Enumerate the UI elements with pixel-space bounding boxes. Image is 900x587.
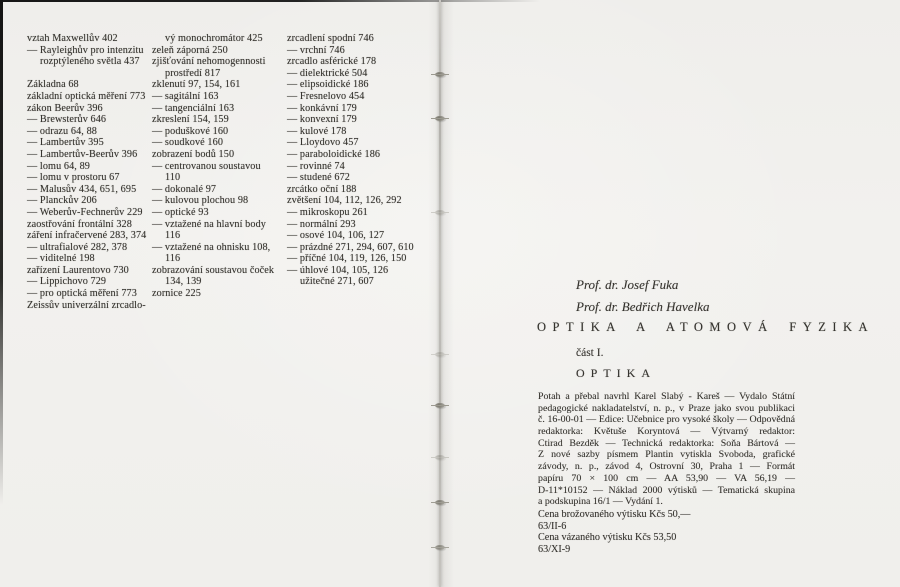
index-entry: Zeissův univerzální zrcadlo- <box>27 300 146 312</box>
subtitle: OPTIKA <box>576 366 656 381</box>
price-line: 63/XI-9 <box>538 544 691 556</box>
index-entry: zrcadlo asférické 178 <box>287 56 414 68</box>
colophon-line: Ctirad Bezděk — Technická redaktorka: So… <box>538 438 795 450</box>
price-line: Cena vázaného výtisku Kčs 53,50 <box>538 532 691 544</box>
index-entry: — Fresnelovo 454 <box>287 91 414 103</box>
author-line-1: Prof. dr. Josef Fuka <box>576 277 678 293</box>
index-entry: zjišťování nehomogennosti <box>152 56 274 68</box>
index-entry: — Lambertův 395 <box>27 137 146 149</box>
index-entry: — pro optická měření 773 <box>27 288 146 300</box>
index-entry: — soudkové 160 <box>152 137 274 149</box>
index-entry: zrcadlení spodní 746 <box>287 33 414 45</box>
index-entry: — sagitální 163 <box>152 91 274 103</box>
index-entry: — tangenciální 163 <box>152 103 274 115</box>
stitch-knot <box>435 545 445 550</box>
index-entry: — vrchní 746 <box>287 45 414 57</box>
index-entry: — mikroskopu 261 <box>287 207 414 219</box>
price-line: 63/II-6 <box>538 521 691 533</box>
index-entry: — prázdné 271, 294, 607, 610 <box>287 242 414 254</box>
colophon-line: redaktorka: Květuše Koryntová — Výtvarný… <box>538 426 795 438</box>
stitch-knot <box>435 116 445 121</box>
index-entry: 116 <box>152 253 274 265</box>
index-entry: — lomu 64, 89 <box>27 161 146 173</box>
index-entry: zeleň záporná 250 <box>152 45 274 57</box>
author-line-2: Prof. dr. Bedřich Havelka <box>576 299 709 315</box>
price-line: Cena brožovaného výtisku Kčs 50,— <box>538 509 691 521</box>
index-entry: zvětšení 104, 112, 126, 292 <box>287 195 414 207</box>
stitch-knot <box>435 455 445 460</box>
index-entry: — poduškové 160 <box>152 126 274 138</box>
index-entry: — lomu v prostoru 67 <box>27 172 146 184</box>
index-entry: vý monochromátor 425 <box>152 33 274 45</box>
stitch-knot <box>435 403 445 408</box>
index-entry: Základna 68 <box>27 79 146 91</box>
index-entry: — rovinné 74 <box>287 161 414 173</box>
index-entry: — odrazu 64, 88 <box>27 126 146 138</box>
index-entry: — dielektrické 504 <box>287 68 414 80</box>
binding-thread <box>439 0 441 587</box>
colophon-line: č. 16-00-01 — Edice: Učebnice pro vysoké… <box>538 414 795 426</box>
index-entry: zobrazování soustavou čoček <box>152 265 274 277</box>
index-entry: — normální 293 <box>287 219 414 231</box>
index-entry: — viditelné 198 <box>27 253 146 265</box>
index-entry: — kulové 178 <box>287 126 414 138</box>
index-entry: — paraboloidické 186 <box>287 149 414 161</box>
index-entry: zkreslení 154, 159 <box>152 114 274 126</box>
stitch-knot <box>435 210 445 215</box>
book-title: OPTIKA A ATOMOVÁ FYZIKA <box>537 320 874 335</box>
stitch-knot <box>435 72 445 77</box>
index-entry: zobrazení bodů 150 <box>152 149 274 161</box>
index-entry: zklenutí 97, 154, 161 <box>152 79 274 91</box>
index-entry: zrcátko oční 188 <box>287 184 414 196</box>
index-entry: — Lippichovo 729 <box>27 276 146 288</box>
index-column-left: vztah Maxwellův 402— Rayleighův pro inte… <box>27 33 146 311</box>
colophon-line: Z nové sazby písmem Plantin vytiskla Svo… <box>538 449 795 461</box>
index-entry: — Weberův-Fechnerův 229 <box>27 207 146 219</box>
index-entry: — Rayleighův pro intenzitu <box>27 45 146 57</box>
stitch-knot <box>435 500 445 505</box>
colophon-line: papíru 70 × 100 cm — AA 53,90 — VA 56,19… <box>538 473 795 485</box>
index-entry: vztah Maxwellův 402 <box>27 33 146 45</box>
index-entry: 110 <box>152 172 274 184</box>
index-column-middle: vý monochromátor 425zeleň záporná 250zji… <box>152 33 274 300</box>
index-entry: — úhlové 104, 105, 126 <box>287 265 414 277</box>
index-entry: — elipsoidické 186 <box>287 79 414 91</box>
index-entry: — optické 93 <box>152 207 274 219</box>
index-entry: zaostřování frontální 328 <box>27 219 146 231</box>
index-entry: — studené 672 <box>287 172 414 184</box>
index-entry: — osové 104, 106, 127 <box>287 230 414 242</box>
colophon-line: závody, n. p., závod 4, Ostrovní 30, Pra… <box>538 461 795 473</box>
book-scan-page: vztah Maxwellův 402— Rayleighův pro inte… <box>0 0 900 587</box>
index-entry: — konvexní 179 <box>287 114 414 126</box>
index-column-right: zrcadlení spodní 746— vrchní 746zrcadlo … <box>287 33 414 288</box>
colophon-line: pedagogické nakladatelství, n. p., v Pra… <box>538 403 795 415</box>
index-entry: základní optická měření 773 <box>27 91 146 103</box>
index-entry: 116 <box>152 230 274 242</box>
part-label: část I. <box>576 347 603 359</box>
index-entry: záření infračervené 283, 374 <box>27 230 146 242</box>
colophon-line: Potah a přebal navrhl Karel Slabý - Kare… <box>538 391 795 403</box>
index-entry: — konkávní 179 <box>287 103 414 115</box>
index-entry: — vztažené na hlavní body <box>152 219 274 231</box>
index-entry: — Brewsterův 646 <box>27 114 146 126</box>
index-entry: rozptýleného světla 437 <box>27 56 146 68</box>
index-entry: — dokonalé 97 <box>152 184 274 196</box>
colophon-line: D-11*10152 — Náklad 2000 výtisků — Temat… <box>538 485 795 497</box>
index-entry: — kulovou plochou 98 <box>152 195 274 207</box>
index-entry: užitečné 271, 607 <box>287 276 414 288</box>
colophon: Potah a přebal navrhl Karel Slabý - Kare… <box>538 391 795 508</box>
stitch-knot <box>435 352 445 357</box>
index-entry: zařízení Laurentovo 730 <box>27 265 146 277</box>
scan-edge-left <box>0 0 3 505</box>
index-entry: — příčné 104, 119, 126, 150 <box>287 253 414 265</box>
index-entry: — Malusův 434, 651, 695 <box>27 184 146 196</box>
index-entry: — ultrafialové 282, 378 <box>27 242 146 254</box>
index-entry: — Lloydovo 457 <box>287 137 414 149</box>
index-entry: zákon Beerův 396 <box>27 103 146 115</box>
page-gutter-shadow <box>428 0 454 587</box>
index-entry <box>27 68 146 80</box>
index-entry: — Lambertův-Beerův 396 <box>27 149 146 161</box>
index-entry: — Planckův 206 <box>27 195 146 207</box>
index-entry: — vztažené na ohnisku 108, <box>152 242 274 254</box>
index-entry: zornice 225 <box>152 288 274 300</box>
index-entry: prostředí 817 <box>152 68 274 80</box>
index-entry: — centrovanou soustavou <box>152 161 274 173</box>
price-block: Cena brožovaného výtisku Kčs 50,—63/II-6… <box>538 509 691 555</box>
scan-edge-top <box>0 0 540 2</box>
index-entry: 134, 139 <box>152 276 274 288</box>
colophon-line: a podskupina 16/1 — Vydání 1. <box>538 496 795 508</box>
